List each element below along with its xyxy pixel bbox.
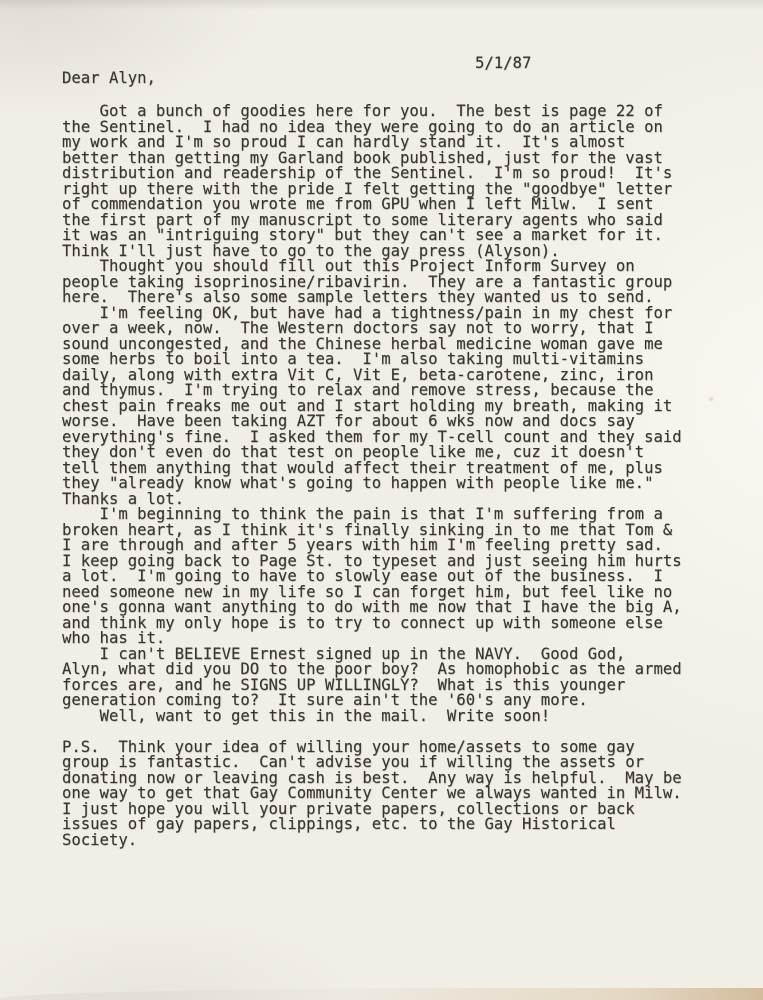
letter-salutation: Dear Alyn, — [62, 71, 156, 87]
letter-text: Got a bunch of goodies here for you. The… — [62, 104, 682, 848]
letter-postscript: P.S. Think your idea of willing your hom… — [62, 740, 682, 849]
letter-date: 5/1/87 — [475, 56, 531, 72]
letter-body: Got a bunch of goodies here for you. The… — [62, 104, 682, 724]
paper-bottom-edge-shadow — [0, 988, 763, 1000]
letter-page: 5/1/87 Dear Alyn, Got a bunch of goodies… — [0, 0, 763, 1000]
paper-speck — [708, 396, 714, 402]
